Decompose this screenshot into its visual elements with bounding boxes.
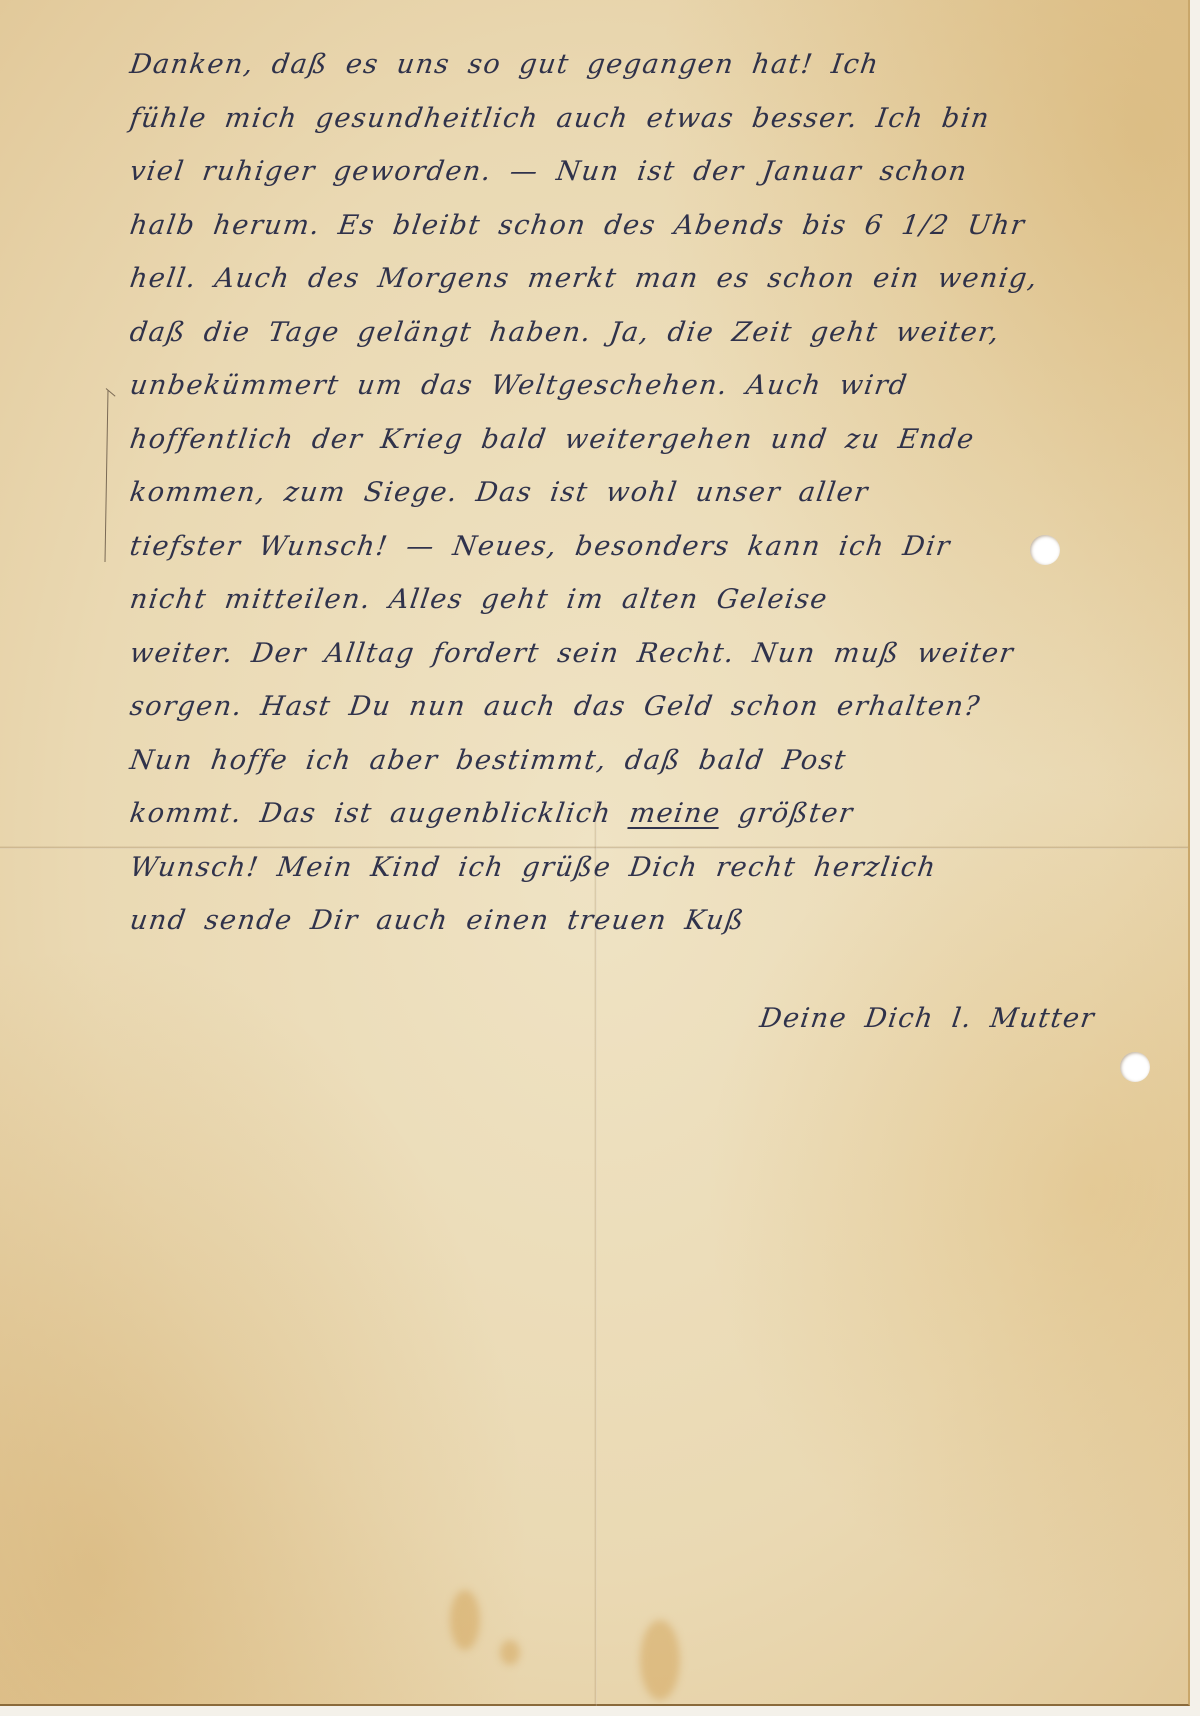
letter-line: viel ruhiger geworden. — Nun ist der Jan…	[126, 145, 1094, 199]
letter-line-start: kommt. Das ist augenblicklich	[128, 798, 614, 829]
punch-hole-bottom	[1120, 1052, 1150, 1082]
letter-line-end: größter	[737, 798, 856, 829]
letter-body: Danken, daß es uns so gut gegangen hat! …	[130, 38, 1090, 948]
letter-line: kommen, zum Siege. Das ist wohl unser al…	[126, 466, 1094, 520]
letter-line: tiefster Wunsch! — Neues, besonders kann…	[126, 520, 1094, 574]
stain	[500, 1640, 520, 1665]
letter-line: Nun hoffe ich aber bestimmt, daß bald Po…	[126, 734, 1094, 788]
letter-line: weiter. Der Alltag fordert sein Recht. N…	[126, 627, 1094, 681]
stain	[450, 1590, 480, 1650]
letter-line: hell. Auch des Morgens merkt man es scho…	[126, 252, 1094, 306]
signature: Deine Dich l. Mutter	[758, 1003, 1097, 1034]
letter-line: nicht mitteilen. Alles geht im alten Gel…	[126, 573, 1094, 627]
letter-page: Danken, daß es uns so gut gegangen hat! …	[0, 0, 1190, 1706]
underlined-word: meine	[627, 798, 722, 829]
letter-line-underlined: kommt. Das ist augenblicklich meine größ…	[126, 787, 1094, 841]
letter-line: und sende Dir auch einen treuen Kuß	[126, 894, 1094, 948]
letter-line: hoffentlich der Krieg bald weitergehen u…	[126, 413, 1094, 467]
letter-line: Danken, daß es uns so gut gegangen hat! …	[126, 38, 1094, 92]
letter-line: sorgen. Hast Du nun auch das Geld schon …	[126, 680, 1094, 734]
letter-line: unbekümmert um das Weltgeschehen. Auch w…	[126, 359, 1094, 413]
letter-line: Wunsch! Mein Kind ich grüße Dich recht h…	[126, 841, 1094, 895]
margin-bracket-line	[104, 390, 108, 562]
letter-line: halb herum. Es bleibt schon des Abends b…	[126, 199, 1094, 253]
stain	[640, 1620, 680, 1700]
letter-line: daß die Tage gelängt haben. Ja, die Zeit…	[126, 306, 1094, 360]
letter-line: fühle mich gesundheitlich auch etwas bes…	[126, 92, 1094, 146]
